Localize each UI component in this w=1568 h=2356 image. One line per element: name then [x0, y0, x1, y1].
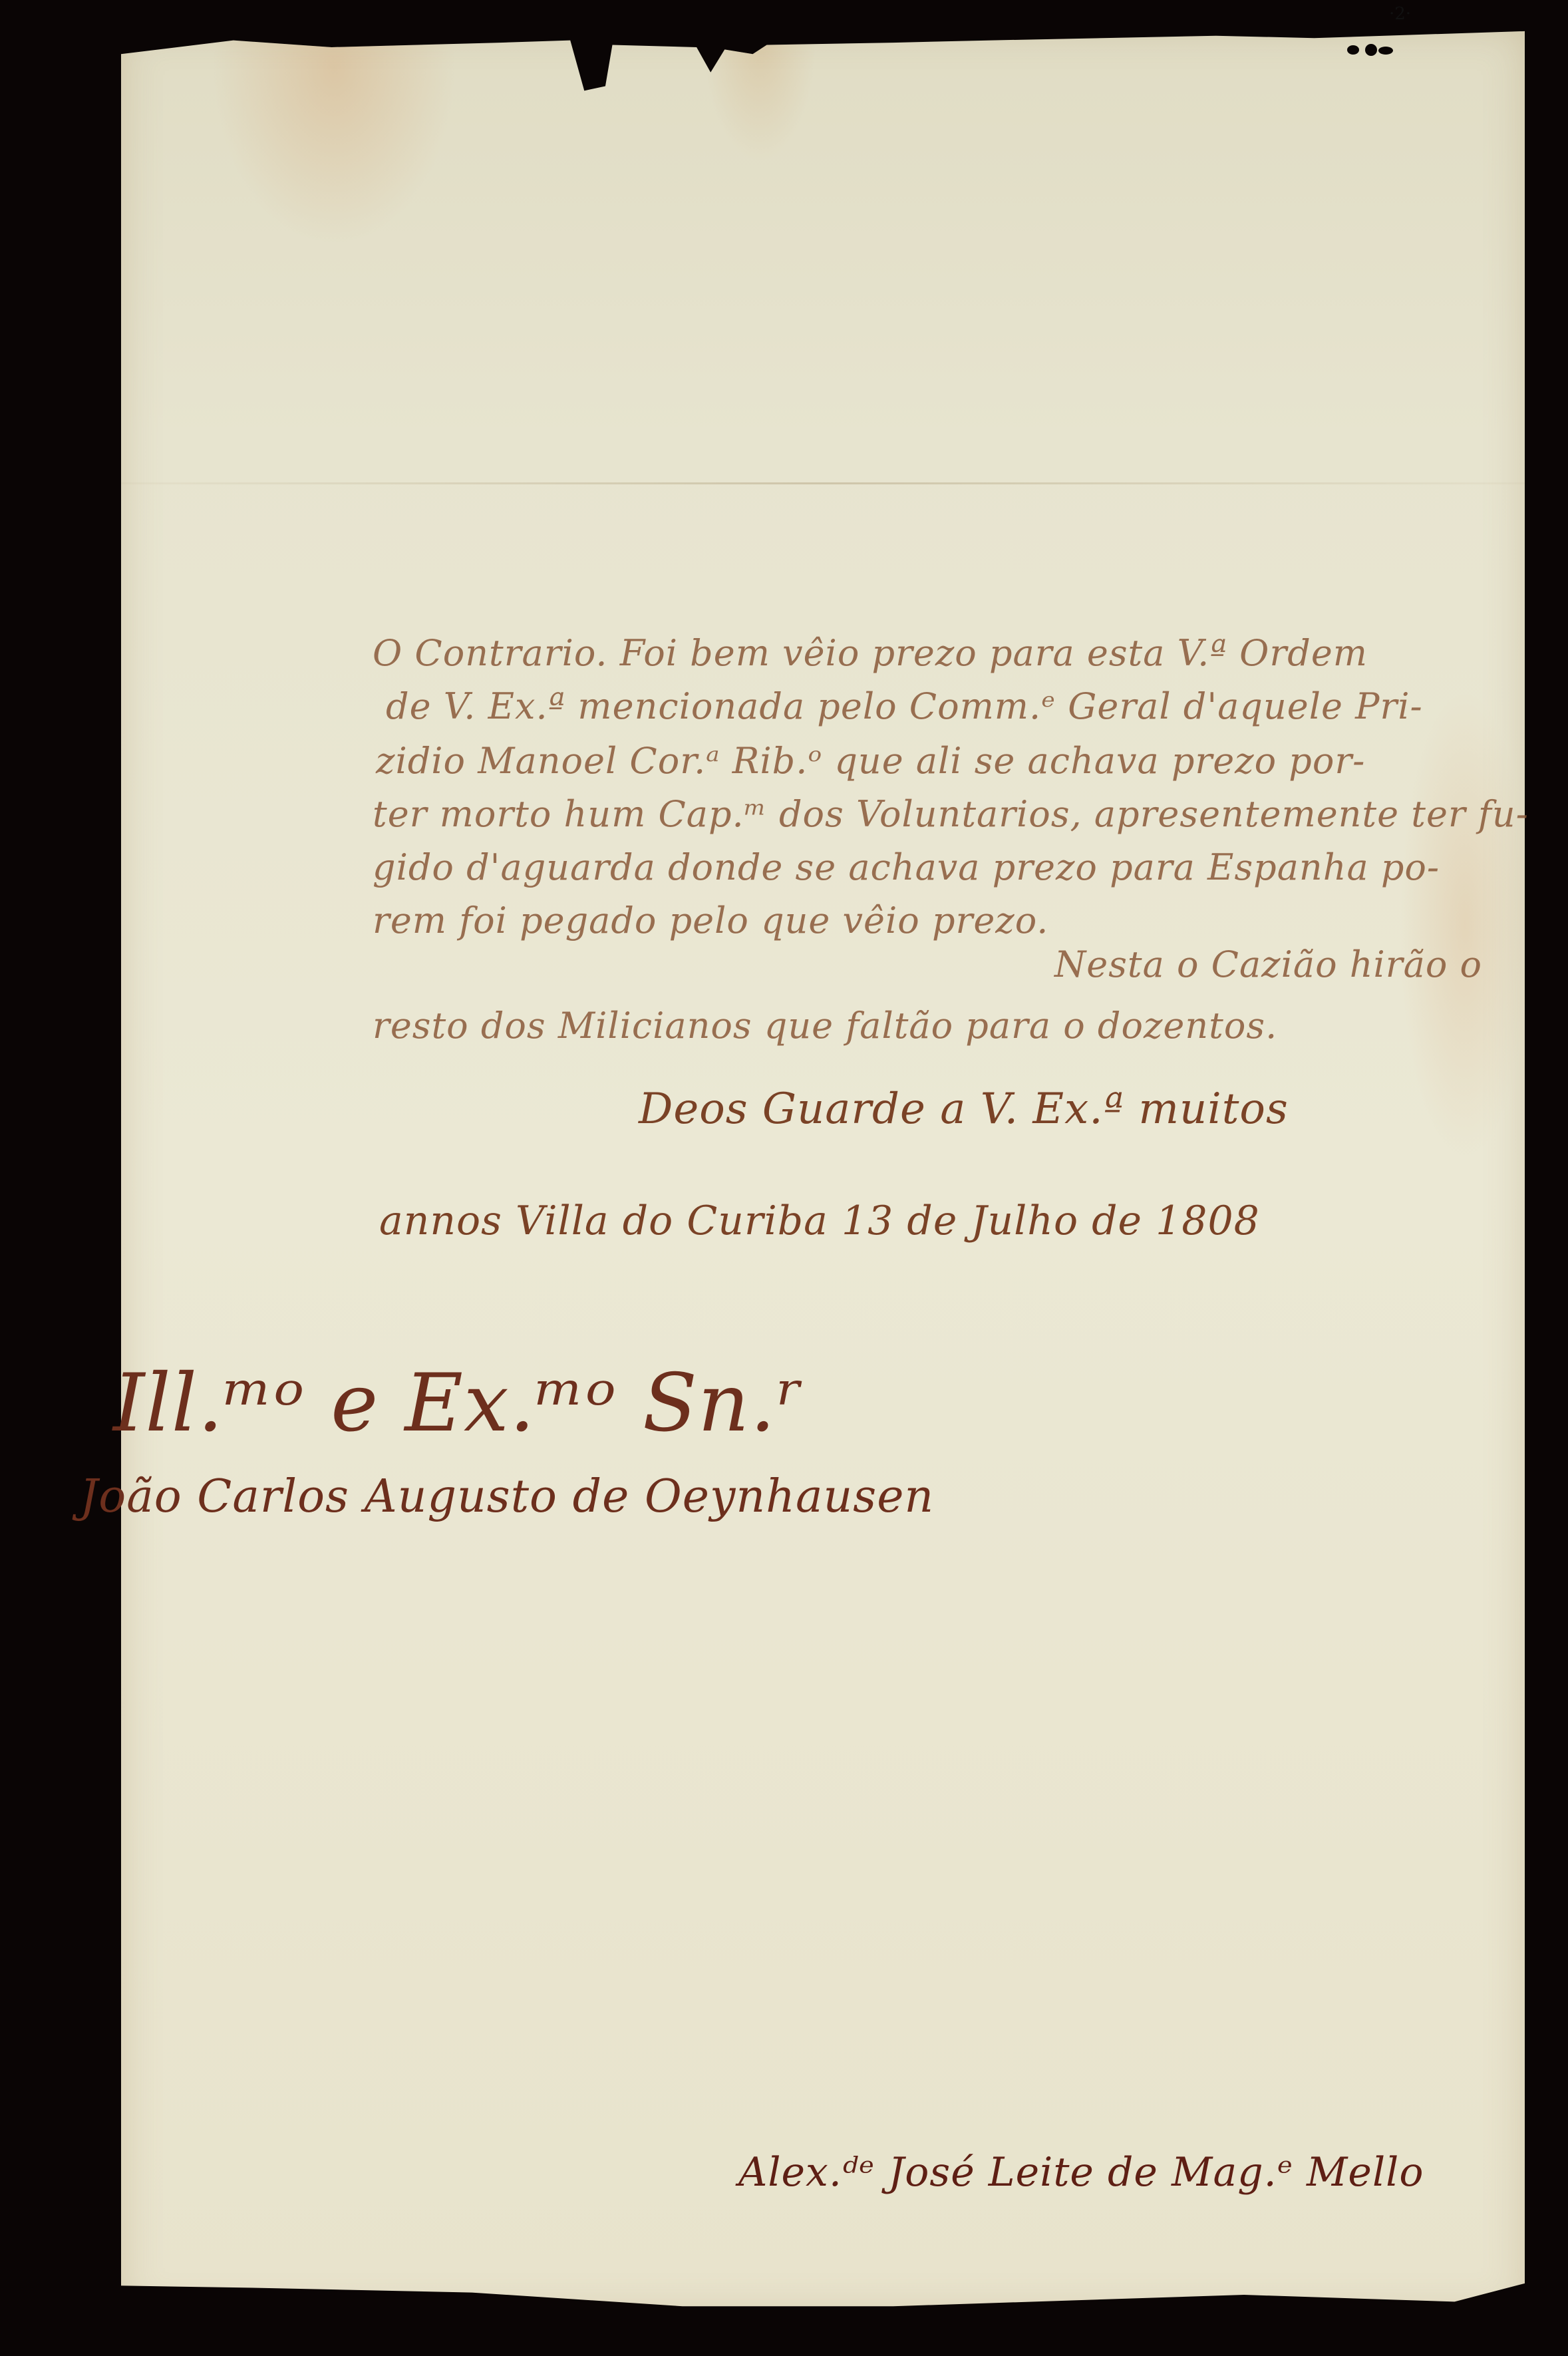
body-line: O Contrario. Foi bem vêio prezo para est…	[373, 632, 1368, 674]
closing-line: annos Villa do Curiba 13 de Julho de 180…	[379, 1198, 1260, 1244]
worm-hole	[1378, 47, 1393, 55]
addressee-name: João Carlos Augusto de Oeynhausen	[80, 1470, 934, 1523]
closing-line: Deos Guarde a V. Ex.ª muitos	[639, 1085, 1289, 1134]
fold-crease	[121, 482, 1525, 484]
body-line: ter morto hum Cap.ᵐ dos Voluntarios, apr…	[373, 793, 1529, 835]
body-line: Nesta o Cazião hirão o	[1054, 943, 1482, 985]
salutation: Ill.ᵐᵒ e Ex.ᵐᵒ Sn.ʳ	[113, 1357, 804, 1450]
worm-hole	[1365, 44, 1377, 56]
body-line: de V. Ex.ª mencionada pelo Comm.ᵉ Geral …	[386, 685, 1423, 727]
page-mark: ·2·	[1389, 4, 1411, 24]
body-line: zidio Manoel Cor.ᵃ Rib.ᵒ que ali se acha…	[376, 740, 1365, 782]
body-line: gido d'aguarda donde se achava prezo par…	[373, 846, 1440, 888]
body-line: resto dos Milicianos que faltão para o d…	[373, 1005, 1277, 1047]
letter-paper	[121, 27, 1525, 2315]
body-line: rem foi pegado pelo que vêio prezo.	[373, 900, 1048, 941]
signature: Alex.ᵈᵉ José Leite de Mag.ᵉ Mello	[738, 2149, 1424, 2196]
worm-hole	[1347, 45, 1359, 55]
